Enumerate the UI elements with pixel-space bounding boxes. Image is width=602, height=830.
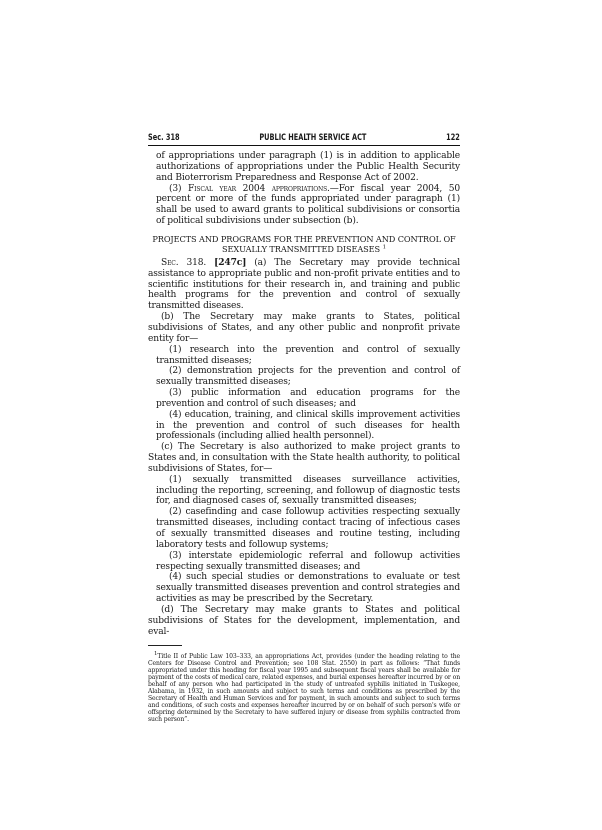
footnote: 1Title II of Public Law 103–333, an appr… bbox=[148, 653, 460, 723]
list-item-c4: (4) such special studies or demonstratio… bbox=[156, 572, 460, 605]
header-rule bbox=[148, 145, 460, 146]
subsection-a: Sec. 318. [247c] (a) The Secretary may p… bbox=[148, 258, 460, 312]
section-label: Sec. 318. bbox=[161, 258, 206, 268]
page-number: 122 bbox=[446, 133, 460, 143]
list-item-c1: (1) sexually transmitted diseases survei… bbox=[156, 475, 460, 508]
section-caption: Projects and programs for the prevention… bbox=[148, 234, 460, 254]
subsection-b: (b) The Secretary may make grants to Sta… bbox=[148, 312, 460, 345]
paragraph-heading: (3) Fiscal year 2004 appropriations. bbox=[169, 184, 330, 194]
subsection-c: (c) The Secretary is also authorized to … bbox=[148, 442, 460, 475]
running-header: Sec. 318 PUBLIC HEALTH SERVICE ACT 122 bbox=[148, 131, 460, 143]
subsection-d: (d) The Secretary may make grants to Sta… bbox=[148, 605, 460, 638]
citation: [247c] bbox=[214, 257, 246, 268]
section-label: Sec. 318 bbox=[148, 133, 180, 143]
list-item-c3: (3) interstate epidemiologic referral an… bbox=[156, 551, 460, 573]
paragraph-fy2004: (3) Fiscal year 2004 appropriations.—For… bbox=[156, 184, 460, 227]
paragraph-continuation: of appropriations under paragraph (1) is… bbox=[156, 151, 460, 184]
list-item-b1: (1) research into the prevention and con… bbox=[156, 345, 460, 367]
footnote-ref: 1 bbox=[383, 244, 386, 250]
footnote-text: Title II of Public Law 103–333, an appro… bbox=[148, 653, 460, 723]
list-item-b3: (3) public information and education pro… bbox=[156, 388, 460, 410]
document-page: Sec. 318 PUBLIC HEALTH SERVICE ACT 122 o… bbox=[148, 131, 460, 729]
body-text: of appropriations under paragraph (1) is… bbox=[148, 151, 460, 637]
list-item-b2: (2) demonstration projects for the preve… bbox=[156, 366, 460, 388]
footnote-rule bbox=[148, 645, 182, 646]
caption-text: Projects and programs for the prevention… bbox=[152, 234, 455, 254]
list-item-b4: (4) education, training, and clinical sk… bbox=[156, 410, 460, 443]
list-item-c2: (2) casefinding and case followup activi… bbox=[156, 507, 460, 550]
act-title: PUBLIC HEALTH SERVICE ACT bbox=[259, 133, 366, 143]
